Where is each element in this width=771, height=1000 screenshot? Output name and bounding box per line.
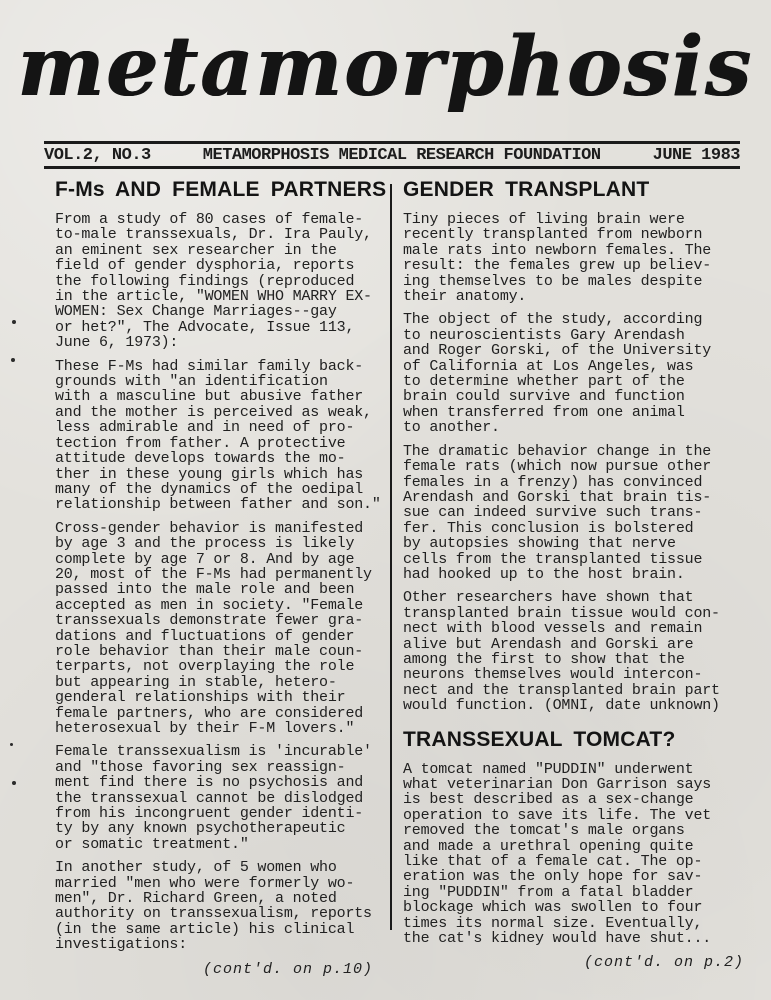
newsletter-page: metamorphosis VOL.2, NO.3 METAMORPHOSIS …	[0, 0, 771, 1000]
article-heading-transsexual-tomcat: TRANSSEXUAL TOMCAT?	[403, 728, 748, 752]
volume-number: VOL.2, NO.3	[44, 146, 151, 165]
continued-note-left: (cont'd. on p.10)	[55, 961, 387, 978]
scan-speck	[10, 743, 13, 746]
scan-speck	[11, 358, 15, 362]
paragraph: These F-Ms had similar family back- grou…	[55, 359, 387, 513]
article-heading-fms-and-female-partners: F-Ms AND FEMALE PARTNERS	[55, 178, 387, 202]
paragraph: Female transsexualism is 'incurable' and…	[55, 744, 387, 852]
paragraph: From a study of 80 cases of female- to-m…	[55, 212, 387, 351]
continued-note-right: (cont'd. on p.2)	[403, 954, 748, 971]
masthead-title: metamorphosis	[0, 22, 771, 112]
header-band: VOL.2, NO.3 METAMORPHOSIS MEDICAL RESEAR…	[44, 141, 740, 169]
column-divider-rule	[390, 184, 392, 930]
scan-speck	[12, 320, 16, 324]
paragraph: In another study, of 5 women who married…	[55, 860, 387, 952]
scan-speck	[12, 781, 16, 785]
organization-name: METAMORPHOSIS MEDICAL RESEARCH FOUNDATIO…	[203, 146, 601, 165]
paragraph: Other researchers have shown that transp…	[403, 590, 748, 713]
article-heading-gender-transplant: GENDER TRANSPLANT	[403, 178, 748, 202]
left-column: F-Ms AND FEMALE PARTNERS From a study of…	[55, 178, 387, 978]
paragraph: The dramatic behavior change in the fema…	[403, 444, 748, 583]
paragraph: A tomcat named "PUDDIN" underwent what v…	[403, 762, 748, 947]
right-column: GENDER TRANSPLANT Tiny pieces of living …	[403, 178, 748, 971]
paragraph: Tiny pieces of living brain were recentl…	[403, 212, 748, 304]
paragraph: The object of the study, according to ne…	[403, 312, 748, 435]
issue-date: JUNE 1983	[653, 146, 740, 165]
paragraph: Cross-gender behavior is manifested by a…	[55, 521, 387, 737]
